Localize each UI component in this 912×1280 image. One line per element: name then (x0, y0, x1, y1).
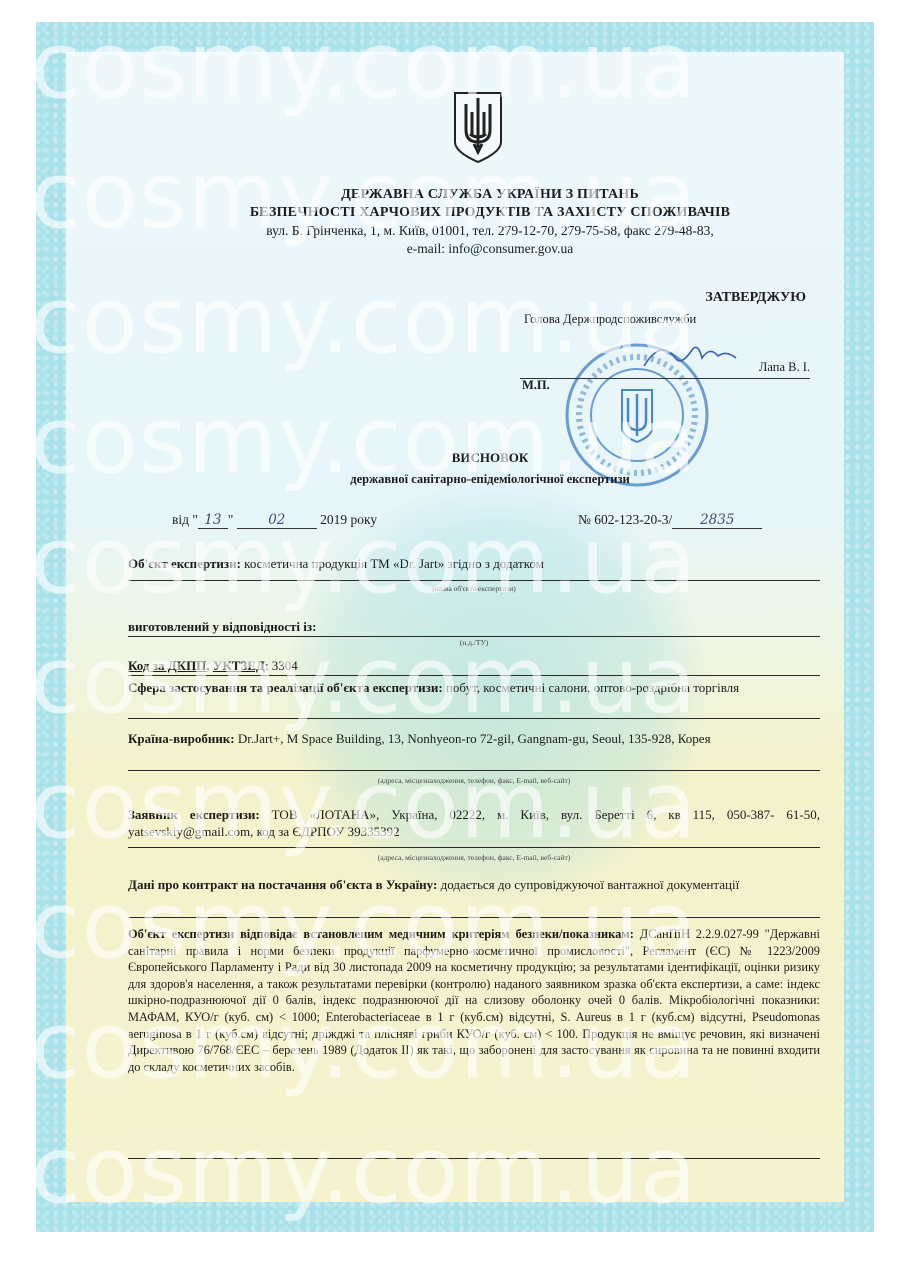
organization-email: e-mail: info@consumer.gov.ua (180, 240, 800, 258)
field-manufacturer: Країна-виробник: Dr.Jart+, M Space Build… (128, 730, 820, 747)
conclusion-number: № 602-123-20-3/2835 (578, 512, 762, 529)
approver-position: Голова Держпродспоживслужби (524, 312, 810, 327)
field-scope: Сфера застосування та реалізації об'єкта… (128, 679, 820, 696)
date-month: 02 (237, 512, 317, 529)
signature-icon (640, 336, 750, 376)
caption-manufacturer: (адреса, місцезнаходження, телефон, факс… (128, 776, 820, 785)
field-applicant: Заявник експертизи: ТОВ «ЛОТАНА», Україн… (128, 806, 820, 840)
approval-title: ЗАТВЕРДЖУЮ (520, 290, 806, 306)
organization-address: вул. Б. Грінченка, 1, м. Київ, 01001, те… (180, 222, 800, 240)
conclusion-date: від "13" 02 2019 року (172, 512, 377, 529)
caption-object: (назва об'єкта експертизи) (128, 584, 820, 593)
divider (128, 580, 820, 581)
caption-applicant: (адреса, місцезнаходження, телефон, факс… (128, 853, 820, 862)
field-code: Код за ДКПП, УКТЗЕД: 3304 (128, 657, 820, 674)
seal-label: М.П. (522, 378, 550, 393)
date-year: 2019 року (320, 512, 377, 527)
caption-manufactured: (н.д./ТУ) (128, 638, 820, 647)
conclusion-number-handwritten: 2835 (672, 512, 762, 529)
organization-header: ДЕРЖАВНА СЛУЖБА УКРАЇНИ З ПИТАНЬ БЕЗПЕЧН… (180, 186, 800, 258)
date-day: 13 (198, 512, 228, 529)
field-compliance: Об'єкт експертизи відповідає встановлени… (128, 926, 820, 1075)
divider (128, 718, 820, 719)
approval-block: ЗАТВЕРДЖУЮ Голова Держпродспоживслужби Л… (520, 290, 810, 327)
divider (128, 675, 820, 676)
field-object: Об'єкт експертизи: косметична продукція … (128, 555, 820, 572)
organization-name-line2: БЕЗПЕЧНОСТІ ХАРЧОВИХ ПРОДУКТІВ ТА ЗАХИСТ… (180, 204, 800, 222)
approver-name: Лапа В. І. (759, 360, 810, 375)
organization-name-line1: ДЕРЖАВНА СЛУЖБА УКРАЇНИ З ПИТАНЬ (180, 186, 800, 204)
field-contract: Дані про контракт на постачання об'єкта … (128, 876, 820, 893)
divider (128, 1158, 820, 1159)
divider (128, 636, 820, 637)
divider (128, 917, 820, 918)
conclusion-subtitle: державної санітарно-епідеміологічної екс… (180, 472, 800, 487)
conclusion-heading: ВИСНОВОК державної санітарно-епідеміолог… (180, 450, 800, 487)
field-manufactured: виготовлений у відповідності із: (128, 618, 820, 635)
divider (128, 847, 820, 848)
ukraine-trident-coat-of-arms-icon (452, 90, 504, 164)
signature-line (520, 378, 810, 379)
divider (128, 770, 820, 771)
conclusion-title: ВИСНОВОК (180, 450, 800, 466)
